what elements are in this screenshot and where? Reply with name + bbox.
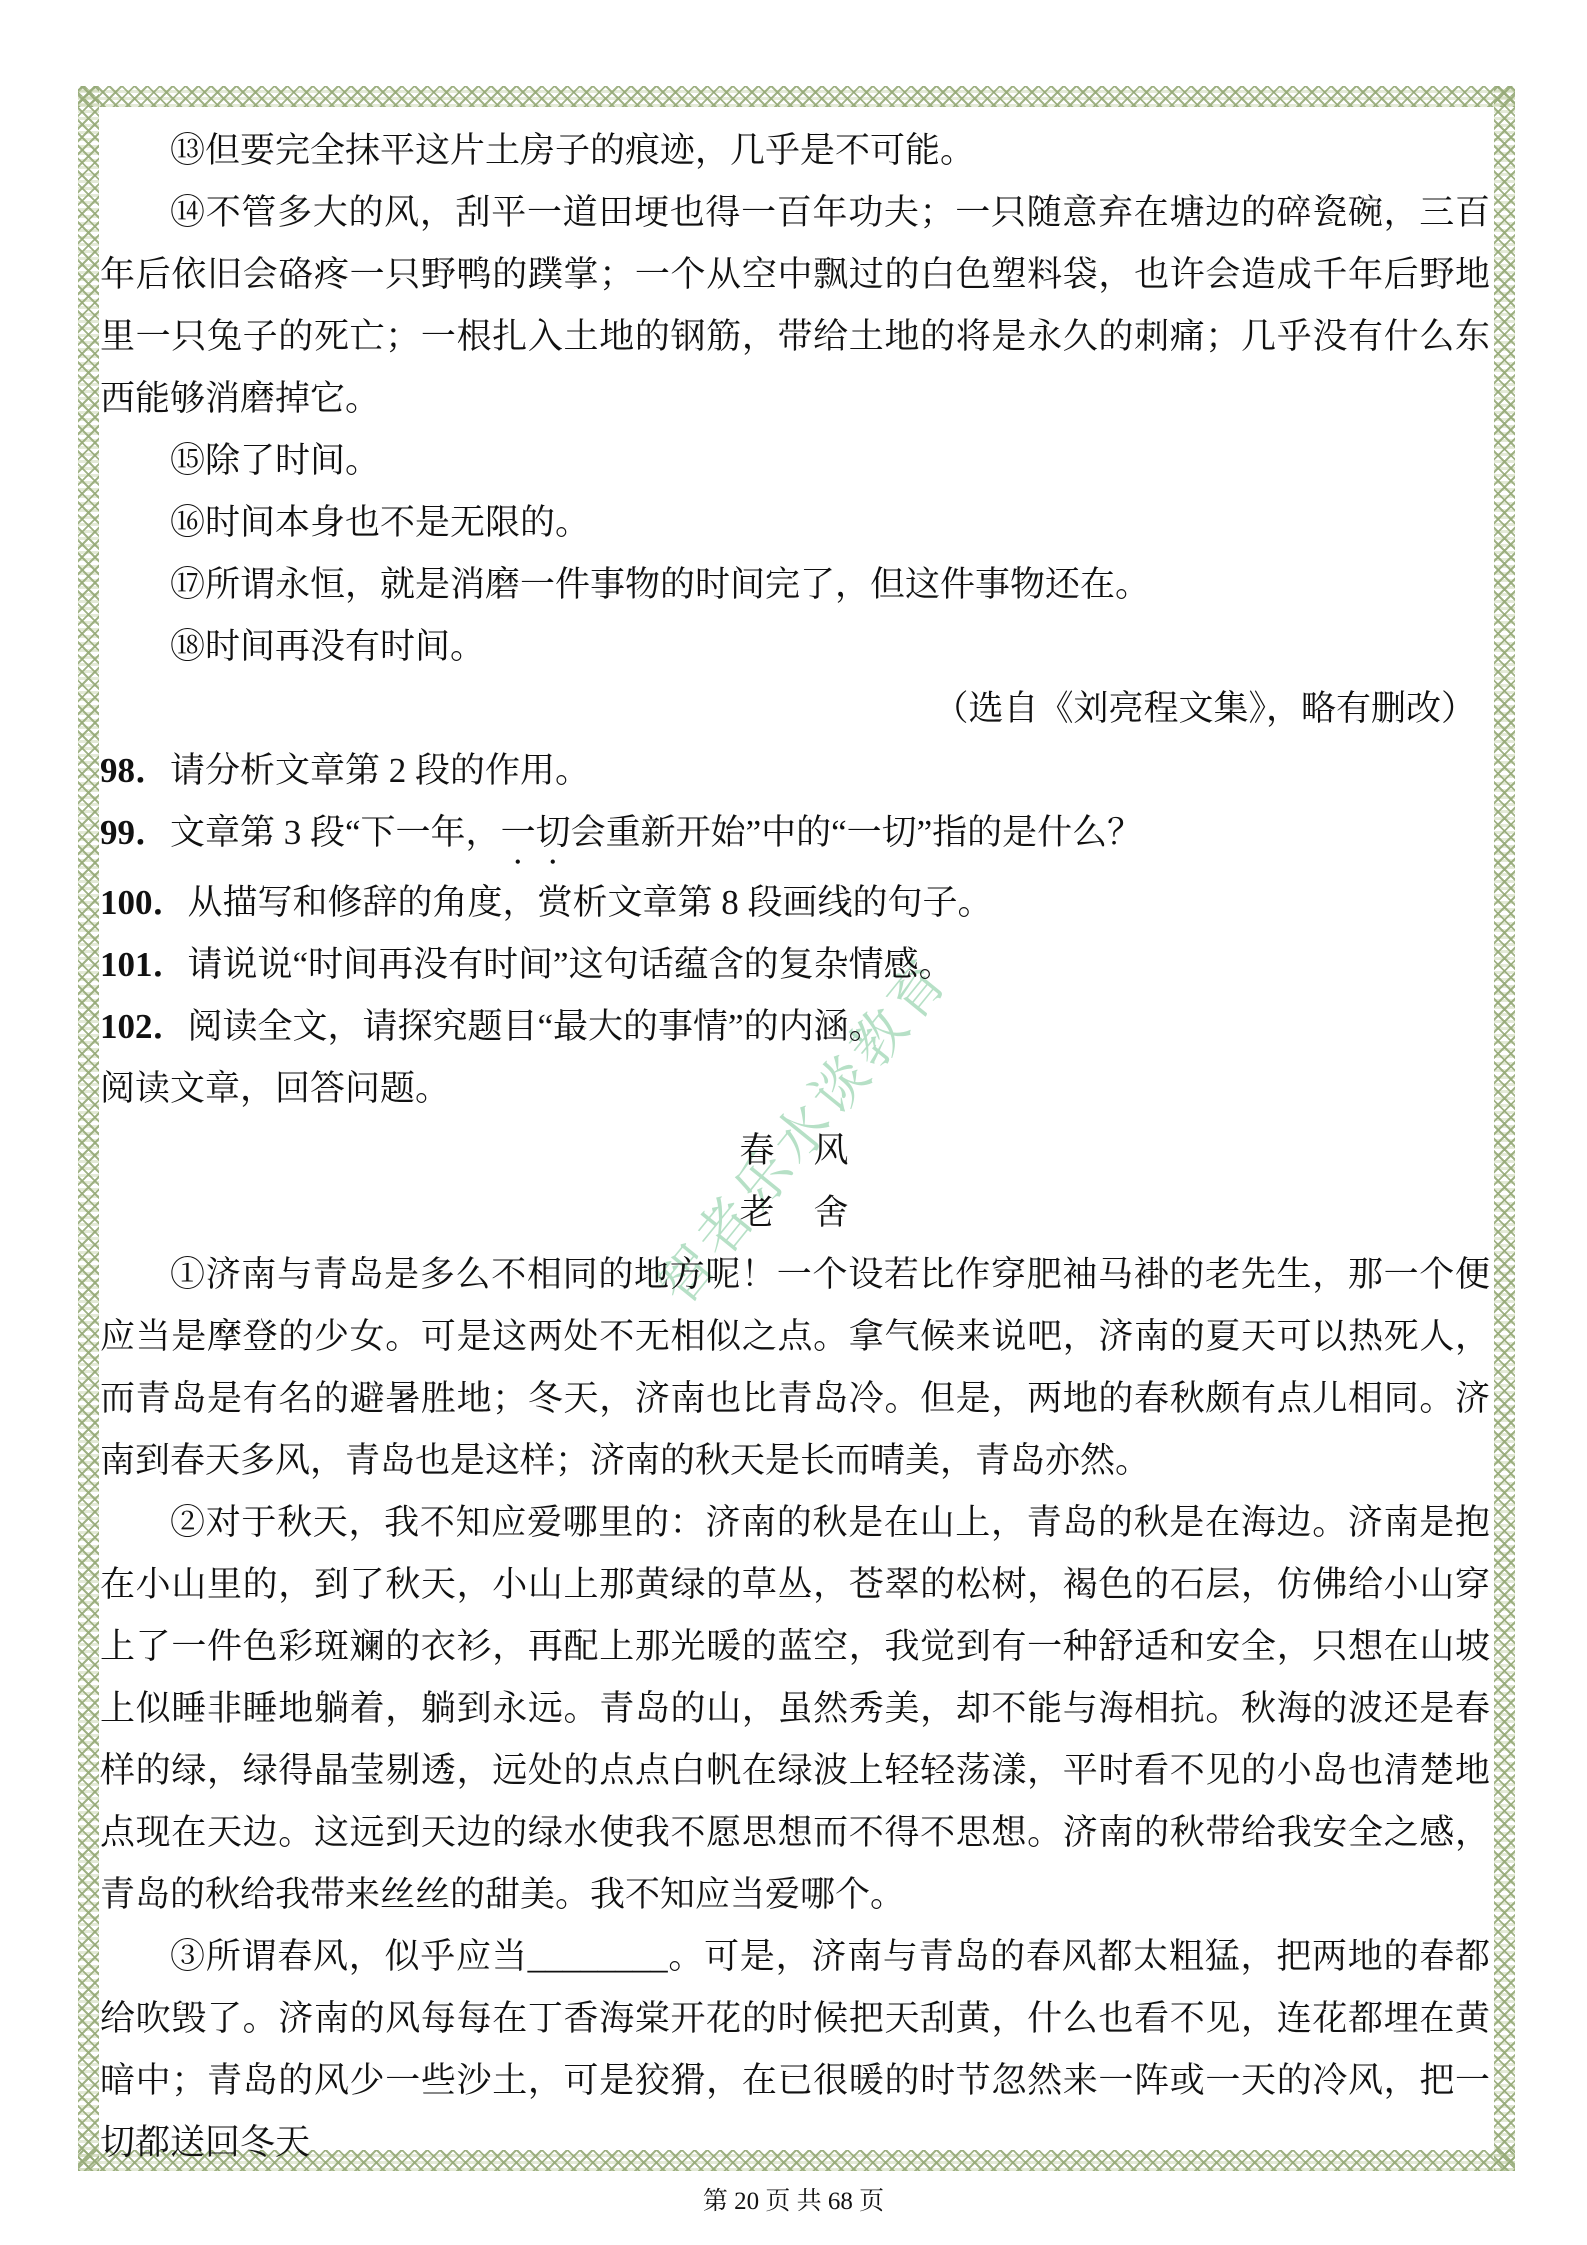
question-101-text: 请说说“时间再没有时间”这句话蕴含的复杂情感。: [188, 945, 954, 984]
passage2-paragraph-1: ①济南与青岛是多么不相同的地方呢！一个设若比作穿肥袖马褂的老先生，那一个便应当是…: [100, 1244, 1490, 1492]
question-99-text-pre: 文章第 3 段“下一年，: [170, 813, 501, 852]
question-99: 99．文章第 3 段“下一年，一切会重新开始”中的“一切”指的是什么？: [100, 802, 1490, 872]
question-102-text: 阅读全文，请探究题目“最大的事情”的内涵。: [188, 1007, 884, 1046]
passage2-paragraph-2: ②对于秋天，我不知应爱哪里的：济南的秋是在山上，青岛的秋是在海边。济南是抱在小山…: [100, 1492, 1490, 1926]
decorative-border-right: [1494, 86, 1515, 2171]
question-98-text: 请分析文章第 2 段的作用。: [170, 751, 590, 790]
passage1-paragraph-16: ⑯时间本身也不是无限的。: [100, 492, 1490, 554]
passage2-paragraph-3: ③所谓春风，似乎应当________。可是，济南与青岛的春风都太粗猛，把两地的春…: [100, 1926, 1490, 2174]
page-content: ⑬但要完全抹平这片土房子的痕迹，几乎是不可能。 ⑭不管多大的风，刮平一道田埂也得…: [100, 120, 1490, 2174]
question-101-number: 101．: [100, 945, 188, 984]
question-101: 101．请说说“时间再没有时间”这句话蕴含的复杂情感。: [100, 934, 1490, 996]
question-98-number: 98．: [100, 751, 170, 790]
question-98: 98．请分析文章第 2 段的作用。: [100, 740, 1490, 802]
exam-page: 智者乐水谈教育 ⑬但要完全抹平这片土房子的痕迹，几乎是不可能。 ⑭不管多大的风，…: [0, 0, 1587, 2245]
passage2-author: 老 舍: [100, 1182, 1490, 1244]
passage1-paragraph-15: ⑮除了时间。: [100, 430, 1490, 492]
page-number-footer: 第 20 页 共 68 页: [0, 2181, 1587, 2217]
question-102: 102．阅读全文，请探究题目“最大的事情”的内涵。: [100, 996, 1490, 1058]
passage1-paragraph-14: ⑭不管多大的风，刮平一道田埂也得一百年功夫；一只随意弃在塘边的碎瓷碗，三百年后依…: [100, 182, 1490, 430]
question-99-number: 99．: [100, 813, 170, 852]
passage1-paragraph-17: ⑰所谓永恒，就是消磨一件事物的时间完了，但这件事物还在。: [100, 554, 1490, 616]
decorative-border-left: [78, 86, 99, 2171]
question-99-emphasized-term: 一切: [501, 813, 571, 852]
passage1-source-attribution: （选自《刘亮程文集》，略有删改）: [100, 678, 1490, 740]
question-100: 100．从描写和修辞的角度，赏析文章第 8 段画线的句子。: [100, 872, 1490, 934]
question-100-text: 从描写和修辞的角度，赏析文章第 8 段画线的句子。: [188, 883, 993, 922]
section-instruction: 阅读文章，回答问题。: [100, 1058, 1490, 1120]
question-102-number: 102．: [100, 1007, 188, 1046]
question-100-number: 100．: [100, 883, 188, 922]
passage1-paragraph-18: ⑱时间再没有时间。: [100, 616, 1490, 678]
passage1-paragraph-13: ⑬但要完全抹平这片土房子的痕迹，几乎是不可能。: [100, 120, 1490, 182]
question-99-text-post: 会重新开始”中的“一切”指的是什么？: [571, 813, 1143, 852]
passage2-title: 春 风: [100, 1120, 1490, 1182]
decorative-border-top: [78, 86, 1515, 107]
